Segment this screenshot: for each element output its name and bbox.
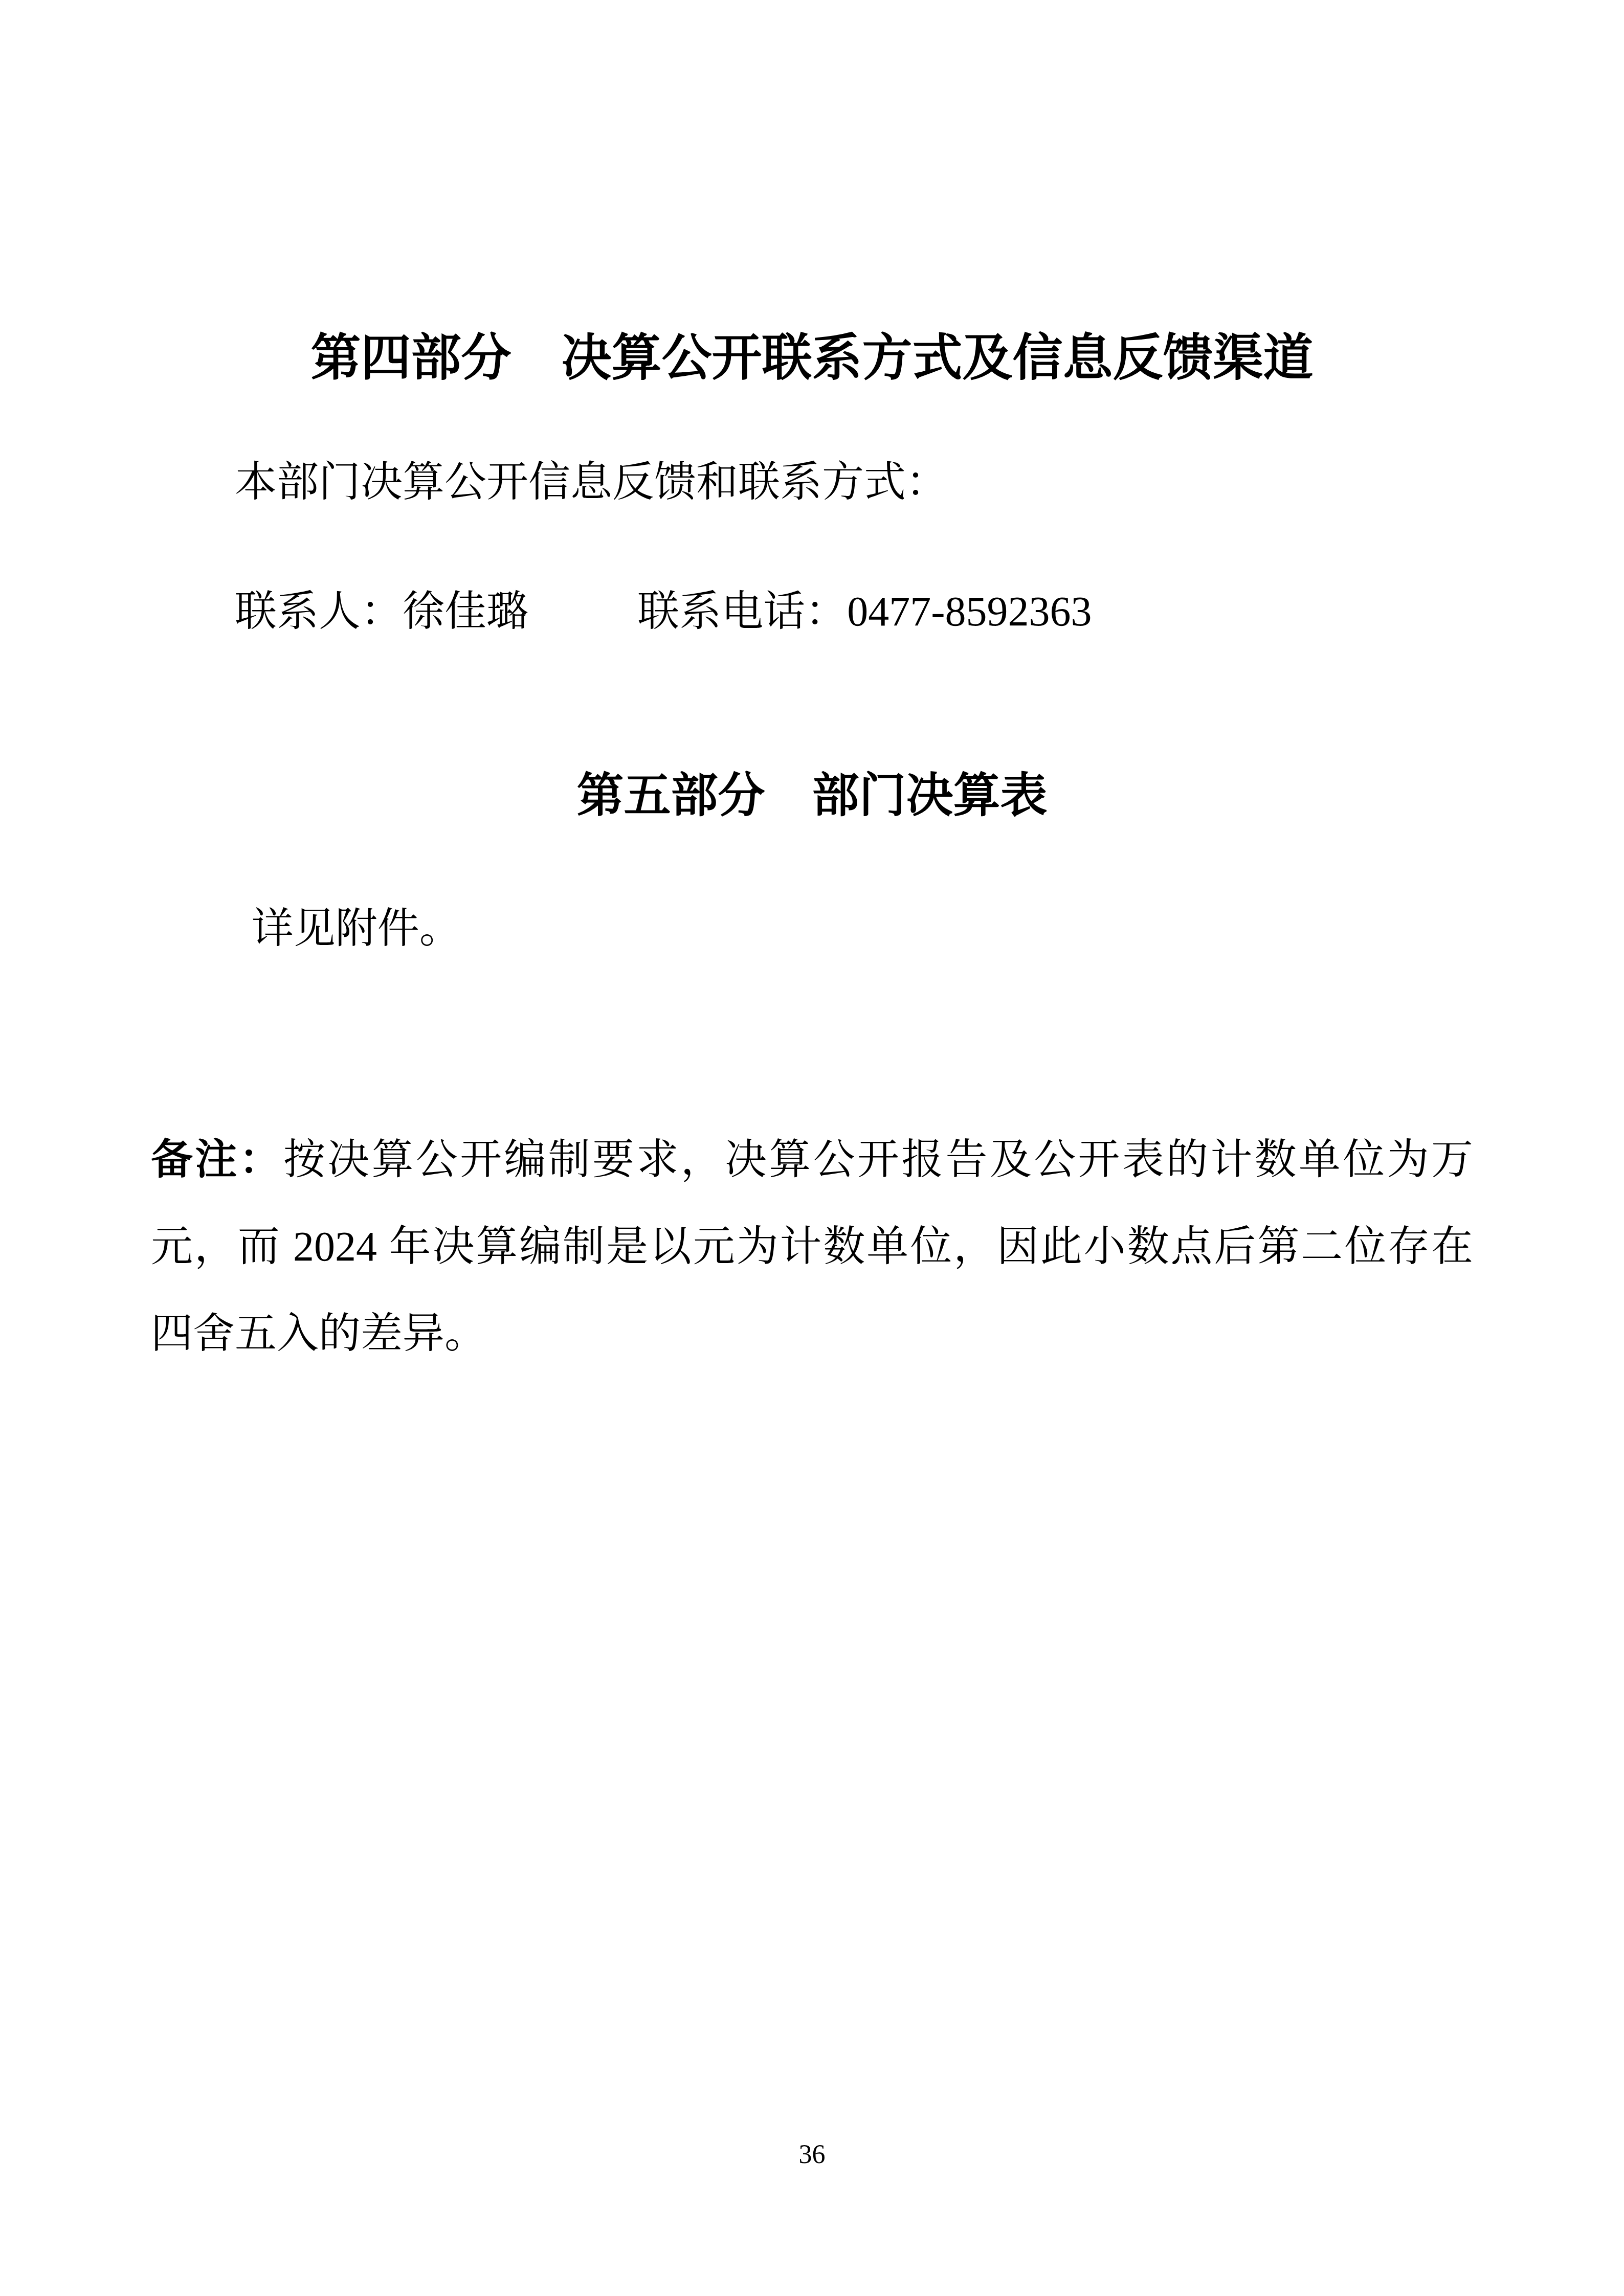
section5-body-paragraph: 详见附件。	[151, 903, 1473, 954]
contact-phone-label: 联系电话：0477-8592363	[637, 588, 1092, 635]
document-page: 第四部分 决算公开联系方式及信息反馈渠道 本部门决算公开信息反馈和联系方式： 联…	[0, 0, 1624, 2296]
note-line-1-text: 按决算公开编制要求，决算公开报告及公开表的计数单位为万	[283, 1136, 1473, 1183]
contact-person-label: 联系人：徐佳璐	[235, 588, 528, 635]
section4-heading: 第四部分 决算公开联系方式及信息反馈渠道	[0, 332, 1624, 382]
page-number: 36	[0, 2140, 1624, 2169]
note-label: 备注：	[151, 1136, 283, 1183]
section4-intro-paragraph: 本部门决算公开信息反馈和联系方式：	[151, 457, 1473, 508]
note-line-3: 四舍五入的差异。	[151, 1290, 1473, 1377]
contact-line: 联系人：徐佳璐联系电话：0477-8592363	[151, 586, 1473, 637]
note-paragraph: 备注：按决算公开编制要求，决算公开报告及公开表的计数单位为万 元，而 2024 …	[151, 1116, 1473, 1377]
section5-heading: 第五部分 部门决算表	[0, 772, 1624, 819]
note-line-1: 备注：按决算公开编制要求，决算公开报告及公开表的计数单位为万	[151, 1116, 1473, 1203]
note-line-2: 元，而 2024 年决算编制是以元为计数单位，因此小数点后第二位存在	[151, 1203, 1473, 1290]
